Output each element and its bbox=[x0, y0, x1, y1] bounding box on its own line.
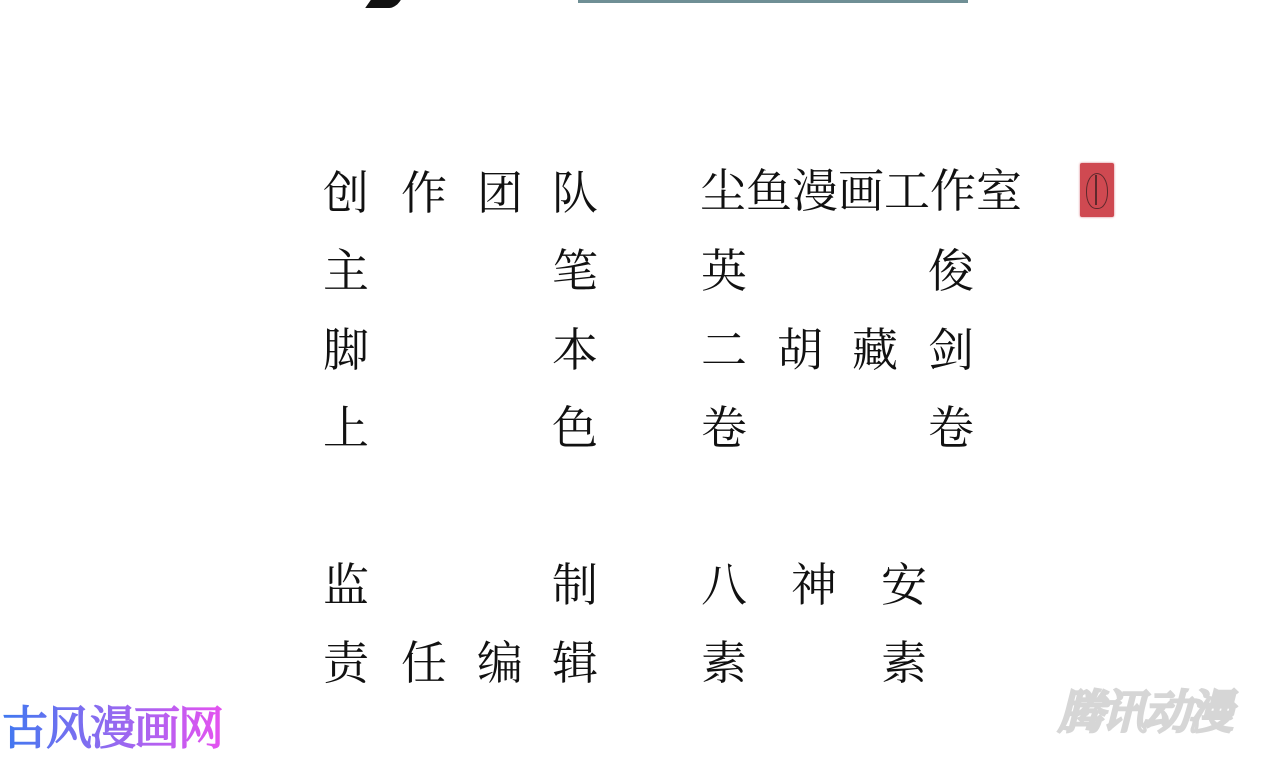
label-char: 队 bbox=[549, 168, 601, 218]
value-char: 英 bbox=[698, 246, 750, 296]
label-char: 本 bbox=[549, 325, 601, 375]
top-art-bar bbox=[578, 0, 968, 3]
value-char: 神 bbox=[788, 560, 840, 610]
watermark-right-logo: 腾讯动漫 bbox=[1058, 684, 1230, 740]
value-char: 安 bbox=[878, 560, 930, 610]
value-char: 俊 bbox=[925, 246, 977, 296]
label-char: 创 bbox=[320, 168, 372, 218]
label-char: 笔 bbox=[549, 246, 601, 296]
value-char: 藏 bbox=[849, 325, 901, 375]
label-char: 脚 bbox=[320, 325, 372, 375]
seal-stamp-icon bbox=[1080, 163, 1114, 217]
value-char: 素 bbox=[698, 638, 750, 688]
watermark-left-logo: 古风漫画网 bbox=[2, 700, 222, 756]
label-char: 编 bbox=[474, 638, 526, 688]
value-char: 胡 bbox=[774, 325, 826, 375]
value-char: 剑 bbox=[925, 325, 977, 375]
label-char: 责 bbox=[320, 638, 372, 688]
label-char: 监 bbox=[320, 560, 372, 610]
top-art-stroke bbox=[365, 0, 401, 8]
value-char: 卷 bbox=[925, 403, 977, 453]
label-char: 团 bbox=[474, 168, 526, 218]
label-char: 主 bbox=[320, 246, 372, 296]
label-char: 任 bbox=[398, 638, 450, 688]
label-char: 制 bbox=[549, 560, 601, 610]
value-char: 素 bbox=[878, 638, 930, 688]
label-char: 色 bbox=[549, 403, 601, 453]
value-char: 八 bbox=[698, 560, 750, 610]
label-char: 辑 bbox=[549, 638, 601, 688]
value-char: 卷 bbox=[698, 403, 750, 453]
label-char: 作 bbox=[398, 168, 450, 218]
value-char: 二 bbox=[698, 325, 750, 375]
label-char: 上 bbox=[320, 403, 372, 453]
studio-name: 尘鱼漫画工作室 bbox=[700, 166, 1022, 216]
